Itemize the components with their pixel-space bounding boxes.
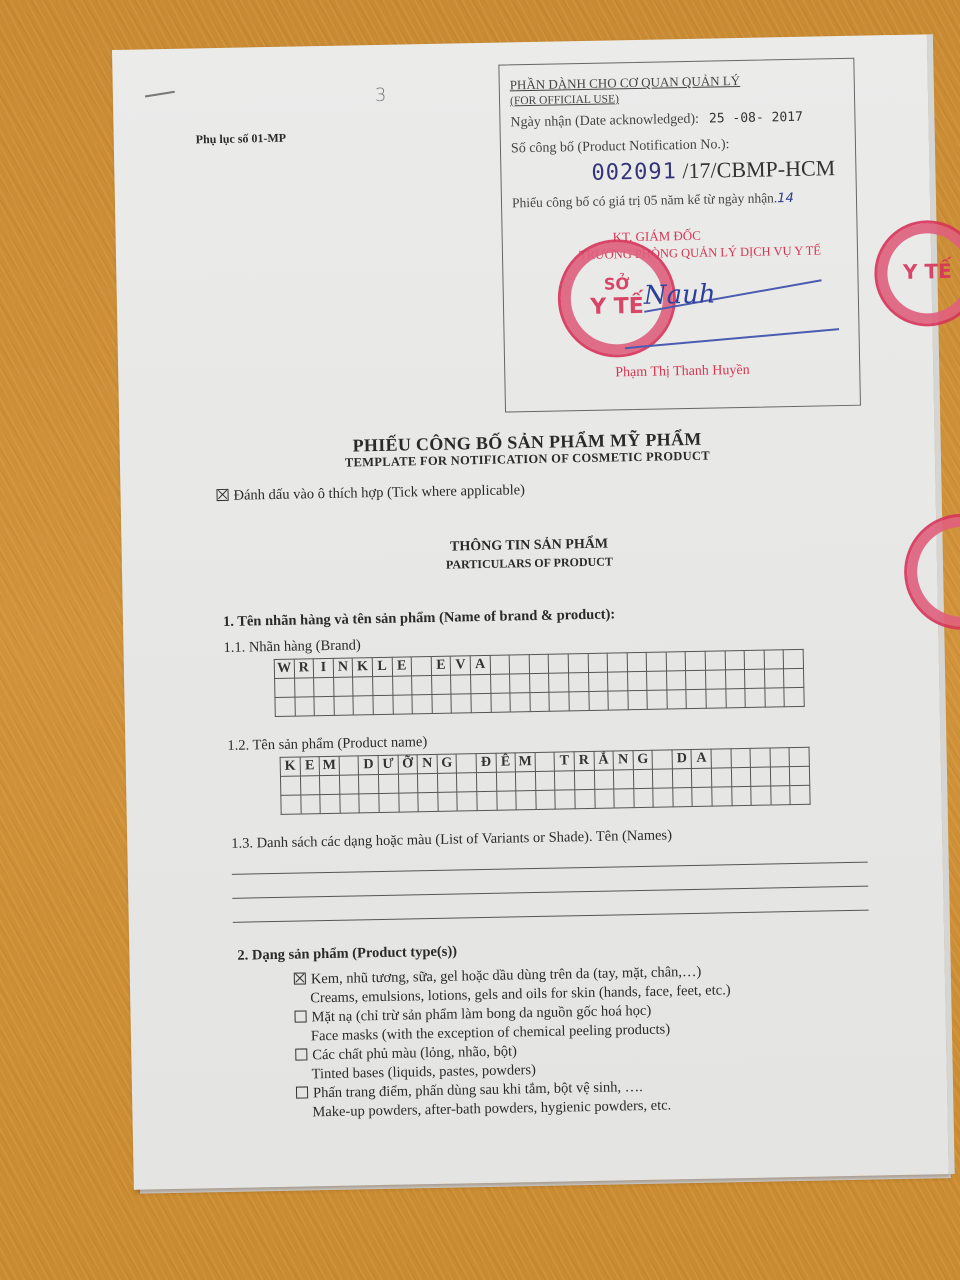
grid-cell[interactable] (438, 792, 458, 811)
grid-cell[interactable] (535, 752, 555, 771)
grid-cell[interactable] (711, 749, 731, 768)
grid-cell[interactable] (555, 771, 575, 790)
grid-cell[interactable] (457, 773, 477, 792)
grid-cell[interactable] (569, 691, 589, 710)
grid-cell[interactable] (431, 675, 451, 694)
grid-cell[interactable] (744, 650, 764, 669)
grid-cell[interactable] (647, 671, 667, 690)
grid-cell[interactable]: E (392, 657, 412, 676)
grid-cell[interactable] (784, 649, 804, 668)
section-2-heading: 2. Dạng sản phẩm (Product type(s)) (237, 944, 457, 965)
grid-cell[interactable] (333, 677, 353, 696)
grid-cell[interactable] (726, 688, 746, 707)
grid-cell[interactable] (490, 674, 510, 693)
grid-cell[interactable] (686, 670, 706, 689)
grid-cell[interactable] (764, 669, 784, 688)
grid-cell[interactable] (373, 676, 393, 695)
product-type-vi: Các chất phủ màu (lỏng, nhão, bột) (312, 1043, 517, 1063)
grid-cell[interactable] (379, 793, 399, 812)
grid-cell[interactable] (378, 774, 398, 793)
grid-cell[interactable]: N (417, 754, 437, 773)
grid-cell[interactable] (432, 694, 452, 713)
grid-cell[interactable] (471, 693, 491, 712)
grid-cell[interactable] (745, 688, 765, 707)
grid-cell[interactable] (510, 693, 530, 712)
validity-note-row: Phiếu công bố có giá trị 05 năm kể từ ng… (512, 190, 794, 211)
validity-note: Phiếu công bố có giá trị 05 năm kể từ ng… (512, 190, 778, 210)
grid-cell[interactable] (412, 675, 432, 694)
grid-cell[interactable] (548, 654, 568, 673)
grid-cell[interactable] (549, 692, 569, 711)
grid-cell[interactable] (706, 670, 726, 689)
grid-cell[interactable] (339, 756, 359, 775)
variants-line-3[interactable] (233, 910, 869, 923)
grid-cell[interactable] (725, 669, 745, 688)
grid-cell[interactable] (731, 748, 751, 767)
grid-cell[interactable] (437, 773, 457, 792)
grid-cell[interactable] (790, 785, 810, 804)
grid-cell[interactable]: A (692, 749, 712, 768)
grid-cell[interactable] (745, 669, 765, 688)
pen-mark (145, 91, 175, 98)
grid-cell[interactable] (575, 789, 595, 808)
grid-cell[interactable] (281, 795, 301, 814)
grid-cell[interactable]: Ư (378, 755, 398, 774)
grid-cell[interactable] (398, 793, 418, 812)
grid-cell[interactable] (477, 791, 497, 810)
grid-cell[interactable] (784, 687, 804, 706)
grid-cell[interactable] (731, 767, 751, 786)
grid-cell[interactable] (451, 675, 471, 694)
grid-cell[interactable]: Đ (476, 753, 496, 772)
brand-label: 1.1. Nhãn hàng (Brand) (223, 637, 361, 657)
grid-cell[interactable] (509, 655, 529, 674)
grid-cell[interactable] (594, 789, 614, 808)
grid-cell[interactable] (647, 690, 667, 709)
grid-cell[interactable] (653, 788, 673, 807)
grid-cell[interactable] (614, 770, 634, 789)
grid-cell[interactable] (353, 677, 373, 696)
grid-cell[interactable]: V (451, 656, 471, 675)
grid-cell[interactable]: G (633, 750, 653, 769)
grid-cell[interactable] (653, 769, 673, 788)
grid-cell[interactable]: Ắ (594, 751, 614, 770)
grid-cell[interactable] (530, 692, 550, 711)
grid-cell[interactable] (666, 671, 686, 690)
grid-cell[interactable] (770, 767, 790, 786)
grid-cell[interactable]: Ỡ (398, 755, 418, 774)
grid-cell[interactable] (764, 650, 784, 669)
grid-cell[interactable]: M (515, 753, 535, 772)
grid-cell[interactable] (451, 694, 471, 713)
grid-cell[interactable] (588, 691, 608, 710)
date-acknowledged-row: Ngày nhận (Date acknowledged):25 -08- 20… (510, 110, 803, 132)
notification-number: 002091 /17/CBMP-HCM (591, 155, 835, 186)
grid-cell[interactable] (529, 673, 549, 692)
grid-cell[interactable] (666, 652, 686, 671)
grid-cell[interactable]: T (554, 752, 574, 771)
grid-cell[interactable] (340, 794, 360, 813)
grid-cell[interactable]: N (333, 658, 353, 677)
grid-cell[interactable] (412, 694, 432, 713)
grid-cell[interactable] (359, 775, 379, 794)
checkbox-icon[interactable] (296, 1086, 308, 1098)
product-name-label: 1.2. Tên sản phẩm (Product name) (227, 734, 427, 755)
grid-cell[interactable]: D (358, 756, 378, 775)
grid-cell[interactable] (568, 672, 588, 691)
grid-cell[interactable]: Ê (496, 753, 516, 772)
grid-cell[interactable]: E (431, 656, 451, 675)
tick-instruction-row: Đánh dấu vào ô thích hợp (Tick where app… (216, 482, 525, 505)
grid-cell[interactable]: L (372, 657, 392, 676)
grid-cell[interactable] (607, 653, 627, 672)
grid-cell[interactable] (627, 671, 647, 690)
grid-cell[interactable] (392, 676, 412, 695)
grid-cell[interactable] (418, 773, 438, 792)
grid-cell[interactable] (627, 652, 647, 671)
edge-seal-text: Y TẾ (877, 258, 960, 284)
grid-cell[interactable]: R (574, 751, 594, 770)
grid-cell[interactable] (614, 789, 634, 808)
grid-cell[interactable] (275, 697, 295, 716)
grid-cell[interactable]: N (613, 751, 633, 770)
grid-cell[interactable] (476, 772, 496, 791)
grid-cell[interactable] (457, 792, 477, 811)
grid-cell[interactable] (300, 795, 320, 814)
grid-cell[interactable] (334, 696, 354, 715)
grid-cell[interactable] (398, 774, 418, 793)
official-use-subtitle: (FOR OFFICIAL USE) (510, 93, 619, 107)
grid-cell[interactable] (751, 786, 771, 805)
product-type-list: Kem, nhũ tương, sữa, gel hoặc dầu dùng t… (294, 962, 733, 1122)
official-use-box: PHẦN DÀNH CHO CƠ QUAN QUẢN LÝ (FOR OFFIC… (498, 58, 861, 413)
grid-cell[interactable] (536, 790, 556, 809)
grid-cell[interactable]: D (672, 750, 692, 769)
grid-cell[interactable] (751, 767, 771, 786)
grid-cell[interactable] (320, 775, 340, 794)
grid-cell[interactable] (608, 691, 628, 710)
grid-cell[interactable] (628, 690, 648, 709)
grid-cell[interactable] (673, 787, 693, 806)
grid-cell[interactable] (789, 747, 809, 766)
grid-cell[interactable] (359, 794, 379, 813)
grid-cell[interactable] (771, 786, 791, 805)
variants-line-2[interactable] (232, 886, 868, 899)
grid-cell[interactable] (692, 768, 712, 787)
grid-cell[interactable]: R (294, 659, 314, 678)
grid-cell[interactable]: K (353, 658, 373, 677)
product-name-grid[interactable]: KEMDƯỠNGĐÊMTRẮNGDA (280, 747, 811, 815)
grid-cell[interactable] (373, 695, 393, 714)
variants-label: 1.3. Danh sách các dạng hoặc màu (List o… (231, 827, 672, 852)
grid-cell[interactable] (633, 769, 653, 788)
grid-cell[interactable]: E (300, 757, 320, 776)
grid-cell[interactable] (705, 651, 725, 670)
checkbox-icon[interactable] (295, 1048, 307, 1060)
notification-label: Số công bố (Product Notification No.): (511, 137, 730, 157)
grid-cell[interactable] (275, 678, 295, 697)
grid-cell[interactable] (496, 772, 516, 791)
grid-cell[interactable] (295, 697, 315, 716)
grid-cell[interactable] (300, 776, 320, 795)
date-acknowledged-value: 25 -08- 2017 (709, 110, 803, 127)
grid-cell[interactable] (588, 653, 608, 672)
grid-cell[interactable] (588, 672, 608, 691)
tick-instruction: Đánh dấu vào ô thích hợp (Tick where app… (233, 482, 525, 504)
grid-cell[interactable]: A (470, 655, 490, 674)
grid-cell[interactable] (784, 668, 804, 687)
grid-cell[interactable] (535, 771, 555, 790)
grid-cell[interactable] (314, 696, 334, 715)
edge-seal-top: Y TẾ (873, 219, 960, 327)
grid-cell[interactable] (672, 769, 692, 788)
grid-cell[interactable] (574, 770, 594, 789)
variants-line-1[interactable] (232, 862, 868, 875)
grid-cell[interactable] (418, 792, 438, 811)
document-page: 3 Phụ lục số 01-MP PHẦN DÀNH CHO CƠ QUAN… (112, 34, 949, 1189)
grid-cell[interactable] (646, 652, 666, 671)
grid-cell[interactable] (411, 656, 431, 675)
grid-cell[interactable] (393, 695, 413, 714)
grid-cell[interactable] (470, 674, 490, 693)
grid-cell[interactable] (496, 791, 516, 810)
grid-cell[interactable] (510, 674, 530, 693)
grid-cell[interactable] (765, 688, 785, 707)
notification-number-digits: 002091 (591, 159, 677, 186)
grid-cell[interactable] (594, 770, 614, 789)
checked-box-icon[interactable] (294, 972, 306, 984)
date-acknowledged-label: Ngày nhận (Date acknowledged): (510, 112, 699, 131)
signer-name: Phạm Thị Thanh Huyền (615, 363, 750, 382)
grid-cell[interactable] (706, 689, 726, 708)
grid-cell[interactable] (555, 790, 575, 809)
grid-cell[interactable] (686, 689, 706, 708)
grid-cell[interactable] (353, 696, 373, 715)
grid-cell[interactable] (692, 787, 712, 806)
grid-cell[interactable] (549, 673, 569, 692)
grid-cell[interactable] (456, 754, 476, 773)
grid-cell[interactable] (750, 748, 770, 767)
grid-cell[interactable] (652, 750, 672, 769)
grid-cell[interactable] (339, 775, 359, 794)
appendix-label: Phụ lục số 01-MP (196, 131, 287, 148)
grid-cell[interactable] (686, 651, 706, 670)
grid-cell[interactable] (711, 768, 731, 787)
grid-cell[interactable] (314, 677, 334, 696)
grid-cell[interactable] (320, 794, 340, 813)
grid-cell[interactable] (633, 788, 653, 807)
section-1-heading: 1. Tên nhãn hàng và tên sản phẩm (Name o… (223, 606, 616, 631)
grid-cell[interactable] (516, 772, 536, 791)
validity-initial: 14 (777, 191, 794, 206)
grid-cell[interactable] (568, 653, 588, 672)
grid-cell[interactable] (490, 693, 510, 712)
grid-cell[interactable] (667, 690, 687, 709)
brand-grid[interactable]: WRINKLEEVA (274, 649, 805, 717)
handwritten-page-number: 3 (375, 85, 387, 106)
checked-box-icon (216, 489, 228, 501)
grid-cell[interactable]: G (437, 754, 457, 773)
official-use-title: PHẦN DÀNH CHO CƠ QUAN QUẢN LÝ (510, 73, 741, 93)
grid-cell[interactable] (712, 787, 732, 806)
grid-cell[interactable]: I (313, 658, 333, 677)
grid-cell[interactable] (280, 776, 300, 795)
grid-cell[interactable] (490, 655, 510, 674)
grid-cell[interactable] (529, 654, 549, 673)
notification-number-suffix: /17/CBMP-HCM (677, 155, 836, 183)
checkbox-icon[interactable] (294, 1010, 306, 1022)
grid-cell[interactable] (294, 678, 314, 697)
grid-cell[interactable]: K (280, 757, 300, 776)
grid-cell[interactable]: W (274, 659, 294, 678)
grid-cell[interactable]: M (319, 756, 339, 775)
grid-cell[interactable] (608, 672, 628, 691)
signature: Nauh (644, 279, 716, 310)
grid-cell[interactable] (731, 786, 751, 805)
grid-cell[interactable] (770, 748, 790, 767)
grid-cell[interactable] (725, 650, 745, 669)
grid-cell[interactable] (516, 791, 536, 810)
grid-cell[interactable] (790, 766, 810, 785)
